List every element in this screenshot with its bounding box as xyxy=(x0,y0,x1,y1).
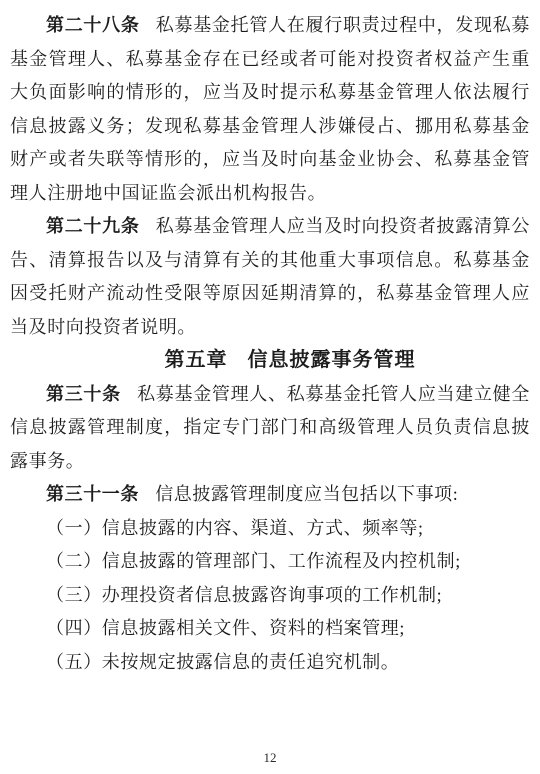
article-31-label: 第三十一条 xyxy=(46,484,139,504)
page-number: 12 xyxy=(0,750,540,766)
article-31-text: 信息披露管理制度应当包括以下事项: xyxy=(155,484,458,504)
chapter-5-heading: 第五章信息披露事务管理 xyxy=(10,344,530,378)
document-page: 第二十八条私募基金托管人在履行职责过程中，发现私募基金管理人、私募基金存在已经或… xyxy=(0,0,540,774)
list-item: （四）信息披露相关文件、资料的档案管理; xyxy=(10,612,530,646)
article-28-text: 私募基金托管人在履行职责过程中，发现私募基金管理人、私募基金存在已经或者可能对投… xyxy=(10,15,530,203)
article-29-label: 第二十九条 xyxy=(46,216,140,236)
article-30-paragraph: 第三十条私募基金管理人、私募基金托管人应当建立健全信息披露管理制度，指定专门部门… xyxy=(10,378,530,479)
article-28-paragraph: 第二十八条私募基金托管人在履行职责过程中，发现私募基金管理人、私募基金存在已经或… xyxy=(10,9,530,210)
list-item: （一）信息披露的内容、渠道、方式、频率等; xyxy=(10,512,530,546)
list-item: （五）未按规定披露信息的责任追究机制。 xyxy=(10,646,530,680)
document-content: 第二十八条私募基金托管人在履行职责过程中，发现私募基金管理人、私募基金存在已经或… xyxy=(0,0,540,679)
article-28-label: 第二十八条 xyxy=(46,15,140,35)
article-29-paragraph: 第二十九条私募基金管理人应当及时向投资者披露清算公告、清算报告以及与清算有关的其… xyxy=(10,210,530,344)
article-31-paragraph: 第三十一条信息披露管理制度应当包括以下事项: xyxy=(10,478,530,512)
chapter-title: 信息披露事务管理 xyxy=(248,349,416,371)
chapter-number: 第五章 xyxy=(165,349,228,371)
list-item: （二）信息披露的管理部门、工作流程及内控机制; xyxy=(10,545,530,579)
article-30-label: 第三十条 xyxy=(46,384,121,404)
list-item: （三）办理投资者信息披露咨询事项的工作机制; xyxy=(10,579,530,613)
